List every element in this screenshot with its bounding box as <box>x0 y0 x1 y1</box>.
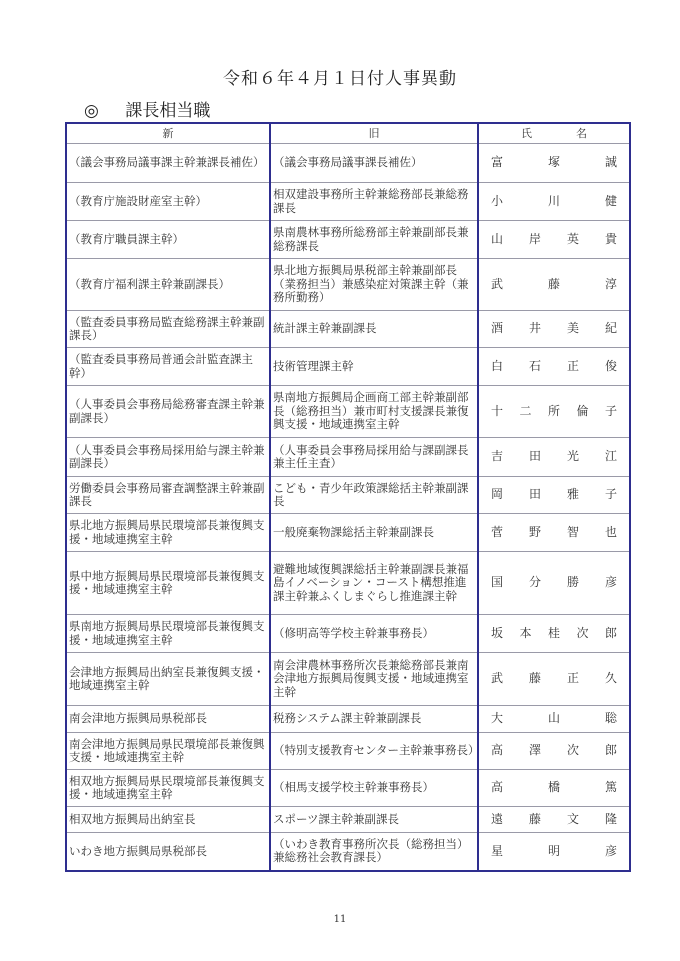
header-new: 新 <box>66 123 270 144</box>
table-row: 南会津地方振興局県税部長税務システム課主幹兼副課長大山聡 <box>66 706 630 733</box>
name-char: 田 <box>529 488 541 502</box>
cell-old-position: （いわき教育事務所次長（総務担当）兼総務社会教育課長） <box>270 833 478 871</box>
cell-person-name: 大山聡 <box>478 706 630 733</box>
cell-old-position: （人事委員会事務局採用給与課副課長兼主任主査） <box>270 438 478 477</box>
name-char: 江 <box>605 450 617 464</box>
name-char: 野 <box>529 526 541 540</box>
name-char: 岸 <box>529 233 541 247</box>
table-row: （人事委員会事務局採用給与課主幹兼副課長）（人事委員会事務局採用給与課副課長兼主… <box>66 438 630 477</box>
name-char: 酒 <box>491 322 503 336</box>
cell-old-position: 県北地方振興局県税部主幹兼副部長（業務担当）兼感染症対策課主幹（兼務所勤務） <box>270 259 478 311</box>
cell-person-name: 武藤正久 <box>478 653 630 706</box>
cell-person-name: 高澤次郎 <box>478 733 630 770</box>
name-char: 田 <box>529 450 541 464</box>
name-char: 塚 <box>548 156 560 170</box>
name-char: 桂 <box>548 627 560 641</box>
cell-old-position: （修明高等学校主幹兼事務長） <box>270 615 478 653</box>
cell-new-position: 県中地方振興局県民環境部長兼復興支援・地域連携室主幹 <box>66 552 270 615</box>
table-row: 相双地方振興局県民環境部長兼復興支援・地域連携室主幹（相馬支援学校主幹兼事務長）… <box>66 770 630 807</box>
cell-person-name: 星明彦 <box>478 833 630 871</box>
cell-person-name: 遠藤文隆 <box>478 807 630 833</box>
cell-person-name: 小川健 <box>478 183 630 221</box>
cell-person-name: 白石正俊 <box>478 348 630 386</box>
cell-person-name: 坂本桂次郎 <box>478 615 630 653</box>
name-char: 彦 <box>605 845 617 859</box>
name-char: 岡 <box>491 488 503 502</box>
cell-old-position: 統計課主幹兼副課長 <box>270 311 478 348</box>
table-row: （監査委員事務局監査総務課主幹兼副課長）統計課主幹兼副課長酒井美紀 <box>66 311 630 348</box>
name-char: 分 <box>529 576 541 590</box>
name-char: 明 <box>548 845 560 859</box>
name-char: 井 <box>529 322 541 336</box>
name-char: 本 <box>519 627 531 641</box>
name-char: 藤 <box>529 813 541 827</box>
cell-old-position: 相双建設事務所主幹兼総務部長兼総務課長 <box>270 183 478 221</box>
name-char: 菅 <box>491 526 503 540</box>
name-char: 富 <box>491 156 503 170</box>
name-char: 二 <box>519 405 531 419</box>
name-char: 彦 <box>605 576 617 590</box>
section-heading: ◎ 課長相当職 <box>84 96 210 121</box>
name-char: 也 <box>605 526 617 540</box>
document-title: 令和６年４月１日付人事異動 <box>0 64 680 89</box>
name-char: 遠 <box>491 813 503 827</box>
name-char: 星 <box>491 845 503 859</box>
cell-person-name: 菅野智也 <box>478 514 630 552</box>
cell-new-position: 相双地方振興局県民環境部長兼復興支援・地域連携室主幹 <box>66 770 270 807</box>
name-char: 澤 <box>529 744 541 758</box>
name-char: 武 <box>491 672 503 686</box>
name-char: 所 <box>548 405 560 419</box>
name-char: 英 <box>567 233 579 247</box>
name-char: 光 <box>567 450 579 464</box>
table-row: （監査委員事務局普通会計監査課主幹）技術管理課主幹白石正俊 <box>66 348 630 386</box>
table-row: （教育庁職員課主幹）県南農林事務所総務部主幹兼副部長兼総務課長山岸英貴 <box>66 221 630 259</box>
table-row: 相双地方振興局出納室長スポーツ課主幹兼副課長遠藤文隆 <box>66 807 630 833</box>
name-char: 郎 <box>605 744 617 758</box>
cell-person-name: 山岸英貴 <box>478 221 630 259</box>
name-char: 小 <box>491 195 503 209</box>
table-row: （人事委員会事務局総務審査課主幹兼副課長）県南地方振興局企画商工部主幹兼副部長（… <box>66 386 630 438</box>
name-char: 石 <box>529 360 541 374</box>
name-char: 次 <box>576 627 588 641</box>
cell-new-position: 相双地方振興局出納室長 <box>66 807 270 833</box>
header-old: 旧 <box>270 123 478 144</box>
name-char: 貴 <box>605 233 617 247</box>
name-char: 大 <box>491 712 503 726</box>
cell-new-position: （教育庁職員課主幹） <box>66 221 270 259</box>
name-char: 国 <box>491 576 503 590</box>
name-char: 坂 <box>491 627 503 641</box>
name-char: 郎 <box>605 627 617 641</box>
cell-person-name: 国分勝彦 <box>478 552 630 615</box>
name-char: 山 <box>548 712 560 726</box>
name-char: 健 <box>605 195 617 209</box>
table-row: 県中地方振興局県民環境部長兼復興支援・地域連携室主幹避難地域復興課総括主幹兼副課… <box>66 552 630 615</box>
name-char: 子 <box>605 405 617 419</box>
name-char: 勝 <box>567 576 579 590</box>
cell-old-position: 県南地方振興局企画商工部主幹兼副部長（総務担当）兼市町村支援課長兼復興支援・地域… <box>270 386 478 438</box>
cell-new-position: いわき地方振興局県税部長 <box>66 833 270 871</box>
name-char: 雅 <box>567 488 579 502</box>
table-row: 労働委員会事務局審査調整課主幹兼副課長こども・青少年政策課総括主幹兼副課長岡田雅… <box>66 477 630 514</box>
cell-new-position: 労働委員会事務局審査調整課主幹兼副課長 <box>66 477 270 514</box>
cell-old-position: 南会津農林事務所次長兼総務部長兼南会津地方振興局復興支援・地域連携室主幹 <box>270 653 478 706</box>
name-char: 子 <box>605 488 617 502</box>
cell-new-position: （人事委員会事務局採用給与課主幹兼副課長） <box>66 438 270 477</box>
cell-new-position: 県南地方振興局県民環境部長兼復興支援・地域連携室主幹 <box>66 615 270 653</box>
cell-old-position: 県南農林事務所総務部主幹兼副部長兼総務課長 <box>270 221 478 259</box>
cell-new-position: （教育庁施設財産室主幹） <box>66 183 270 221</box>
personnel-table: 新 旧 氏 名 （議会事務局議事課主幹兼課長補佐）（議会事務局議事課長補佐）富塚… <box>65 122 631 872</box>
header-name: 氏 名 <box>478 123 630 144</box>
name-char: 十 <box>491 405 503 419</box>
cell-new-position: （教育庁福利課主幹兼副課長） <box>66 259 270 311</box>
double-circle-icon: ◎ <box>84 101 120 121</box>
name-char: 文 <box>567 813 579 827</box>
cell-old-position: （相馬支援学校主幹兼事務長） <box>270 770 478 807</box>
name-char: 高 <box>491 744 503 758</box>
name-char: 誠 <box>605 156 617 170</box>
table-row: （教育庁施設財産室主幹）相双建設事務所主幹兼総務部長兼総務課長小川健 <box>66 183 630 221</box>
name-char: 隆 <box>605 813 617 827</box>
cell-person-name: 十二所倫子 <box>478 386 630 438</box>
name-char: 篤 <box>605 781 617 795</box>
name-char: 倫 <box>576 405 588 419</box>
name-char: 久 <box>605 672 617 686</box>
name-char: 聡 <box>605 712 617 726</box>
section-title: 課長相当職 <box>125 101 210 121</box>
name-char: 智 <box>567 526 579 540</box>
page-number: 11 <box>0 914 680 925</box>
table-row: 南会津地方振興局県民環境部長兼復興支援・地域連携室主幹（特別支援教育センター主幹… <box>66 733 630 770</box>
name-char: 藤 <box>529 672 541 686</box>
name-char: 高 <box>491 781 503 795</box>
cell-person-name: 武藤淳 <box>478 259 630 311</box>
cell-new-position: 県北地方振興局県民環境部長兼復興支援・地域連携室主幹 <box>66 514 270 552</box>
name-char: 藤 <box>548 278 560 292</box>
cell-new-position: （監査委員事務局監査総務課主幹兼副課長） <box>66 311 270 348</box>
cell-old-position: 税務システム課主幹兼副課長 <box>270 706 478 733</box>
table-row: 県南地方振興局県民環境部長兼復興支援・地域連携室主幹（修明高等学校主幹兼事務長）… <box>66 615 630 653</box>
cell-old-position: スポーツ課主幹兼副課長 <box>270 807 478 833</box>
cell-old-position: こども・青少年政策課総括主幹兼副課長 <box>270 477 478 514</box>
cell-new-position: 会津地方振興局出納室長兼復興支援・地域連携室主幹 <box>66 653 270 706</box>
cell-person-name: 吉田光江 <box>478 438 630 477</box>
cell-old-position: （議会事務局議事課長補佐） <box>270 144 478 183</box>
cell-new-position: （監査委員事務局普通会計監査課主幹） <box>66 348 270 386</box>
table-row: 会津地方振興局出納室長兼復興支援・地域連携室主幹南会津農林事務所次長兼総務部長兼… <box>66 653 630 706</box>
name-char: 吉 <box>491 450 503 464</box>
name-char: 美 <box>567 322 579 336</box>
cell-old-position: 避難地域復興課総括主幹兼副課長兼福島イノベーション・コースト構想推進課主幹兼ふく… <box>270 552 478 615</box>
name-char: 白 <box>491 360 503 374</box>
cell-new-position: （議会事務局議事課主幹兼課長補佐） <box>66 144 270 183</box>
table-row: （教育庁福利課主幹兼副課長）県北地方振興局県税部主幹兼副部長（業務担当）兼感染症… <box>66 259 630 311</box>
cell-old-position: （特別支援教育センター主幹兼事務長） <box>270 733 478 770</box>
cell-person-name: 酒井美紀 <box>478 311 630 348</box>
cell-new-position: 南会津地方振興局県税部長 <box>66 706 270 733</box>
name-char: 山 <box>491 233 503 247</box>
cell-person-name: 富塚誠 <box>478 144 630 183</box>
table-row: （議会事務局議事課主幹兼課長補佐）（議会事務局議事課長補佐）富塚誠 <box>66 144 630 183</box>
cell-old-position: 技術管理課主幹 <box>270 348 478 386</box>
name-char: 次 <box>567 744 579 758</box>
cell-person-name: 高橋篤 <box>478 770 630 807</box>
cell-new-position: 南会津地方振興局県民環境部長兼復興支援・地域連携室主幹 <box>66 733 270 770</box>
name-char: 俊 <box>605 360 617 374</box>
name-char: 淳 <box>605 278 617 292</box>
table-row: いわき地方振興局県税部長（いわき教育事務所次長（総務担当）兼総務社会教育課長）星… <box>66 833 630 871</box>
cell-new-position: （人事委員会事務局総務審査課主幹兼副課長） <box>66 386 270 438</box>
name-char: 紀 <box>605 322 617 336</box>
name-char: 橋 <box>548 781 560 795</box>
cell-person-name: 岡田雅子 <box>478 477 630 514</box>
name-char: 正 <box>567 672 579 686</box>
name-char: 武 <box>491 278 503 292</box>
cell-old-position: 一般廃棄物課総括主幹兼副課長 <box>270 514 478 552</box>
name-char: 正 <box>567 360 579 374</box>
table-header-row: 新 旧 氏 名 <box>66 123 630 144</box>
table-row: 県北地方振興局県民環境部長兼復興支援・地域連携室主幹一般廃棄物課総括主幹兼副課長… <box>66 514 630 552</box>
name-char: 川 <box>548 195 560 209</box>
